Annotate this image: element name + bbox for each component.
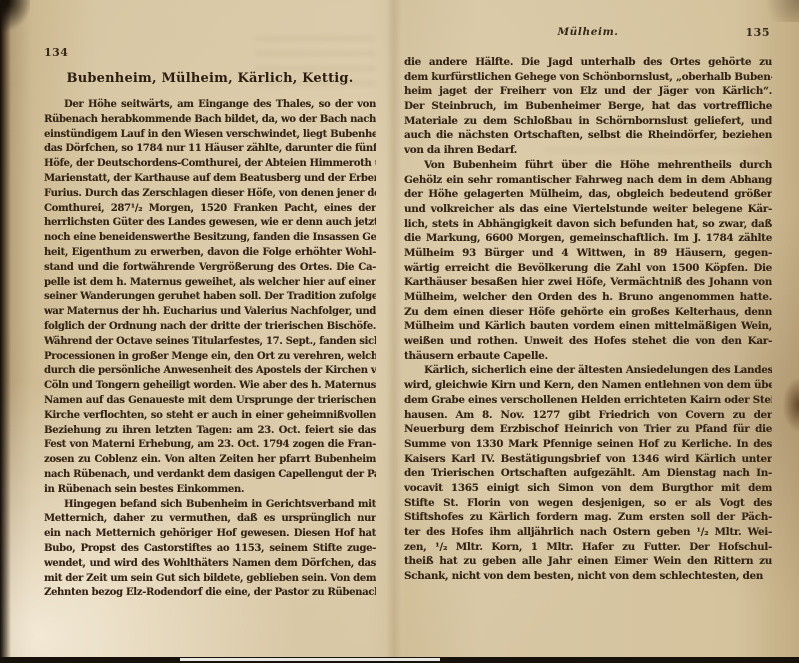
- text-line: Mülheim und Kärlich bauten vordem einen …: [404, 319, 772, 334]
- text-line: zen, ¹/₂ Mltr. Korn, 1 Mltr. Hafer zu Fu…: [404, 540, 772, 555]
- text-line: Mülheim 93 Bürger und 4 Wittwen, in 89 H…: [404, 246, 772, 261]
- text-line: Metternich, daher zu vermuthen, daß es u…: [44, 512, 376, 527]
- text-line: Cöln und Tongern geheiligt worden. Wie a…: [44, 379, 376, 394]
- text-line: Zehnten bezog Elz-Rodendorf die eine, de…: [44, 586, 376, 601]
- paper-stain: [783, 378, 799, 432]
- text-line: Marienstatt, der Karthause auf dem Beatu…: [44, 172, 376, 187]
- text-line: die Markung, 6600 Morgen, gemeinschaftli…: [404, 231, 772, 246]
- text-line: zosen zu Coblenz ein. Von alten Zeiten h…: [44, 453, 376, 468]
- text-line: Der Steinbruch, im Bubenheimer Berge, ha…: [404, 99, 772, 114]
- text-line: Neuerburg dem Erzbischof Heinrich von Tr…: [404, 422, 772, 437]
- page-right: Mülheim. 135 die andere Hälfte. Die Jagd…: [404, 26, 772, 584]
- running-header-row: Mülheim. 135: [404, 26, 772, 42]
- page-number-left: 134: [44, 46, 376, 60]
- text-line: war Maternus der hh. Eucharius und Valer…: [44, 305, 376, 320]
- text-line: Mülheim, welcher den Orden des h. Bruno …: [404, 290, 772, 305]
- text-line: vocavit 1365 einigt sich Simon von dem B…: [404, 481, 772, 496]
- book-scan: 134 Bubenheim, Mülheim, Kärlich, Kettig.…: [0, 0, 799, 663]
- scan-bottom-edge: [0, 657, 799, 663]
- text-line: seiner Wanderungen geruhet haben soll. D…: [44, 290, 376, 305]
- text-line: Summe von 1330 Mark Pfennige seinen Hof …: [404, 437, 772, 452]
- text-line: Processionen in großer Menge ein, den Or…: [44, 350, 376, 365]
- text-line: thäusern erbaute Capelle.: [404, 349, 772, 364]
- text-line: weißen und rothen. Unweit des Hofes steh…: [404, 334, 772, 349]
- text-line: folglich der Ordnung nach der dritte der…: [44, 320, 376, 335]
- text-line: den Trierischen Ortschaften aufgezählt. …: [404, 466, 772, 481]
- paragraph: die andere Hälfte. Die Jagd unterhalb de…: [404, 55, 772, 158]
- text-line: Gehölz ein sehr romantischer Fahrweg nac…: [404, 173, 772, 188]
- text-line: einstündigem Lauf in den Wiesen verschwi…: [44, 128, 376, 143]
- text-line: ein nach Metternich gehöriger Hof gewese…: [44, 527, 376, 542]
- paragraph: Von Bubenheim führt über die Höhe mehren…: [404, 158, 772, 364]
- text-line: Namen auf das Genaueste mit dem Ursprung…: [44, 394, 376, 409]
- text-line: von da ihren Bedarf.: [404, 143, 772, 158]
- text-line: wärtig erreicht die Bevölkerung die Zahl…: [404, 261, 772, 276]
- text-line: Bubo, Propst des Castorstiftes ao 1153, …: [44, 542, 376, 557]
- page-left: 134 Bubenheim, Mülheim, Kärlich, Kettig.…: [44, 46, 376, 601]
- text-line: Höfe, der Deutschordens-Comthurei, der A…: [44, 157, 376, 172]
- paragraph: Kärlich, sicherlich eine der ältesten An…: [404, 363, 772, 583]
- text-line: heim jaget der Freiherr von Elz und der …: [404, 84, 772, 99]
- text-line: Zu dem einen dieser Höfe gehörte ein gro…: [404, 305, 772, 320]
- text-line: mit der Zeit um sein Gut sich bildete, g…: [44, 572, 376, 587]
- text-line: Hingegen befand sich Bubenheim in Gerich…: [44, 498, 376, 513]
- text-line: der Höhe gelagerten Mülheim, das, obglei…: [404, 187, 772, 202]
- text-line: pelle ist dem h. Maternus geweihet, als …: [44, 276, 376, 291]
- text-line: Kaisers Karl IV. Bestätigungsbrief von 1…: [404, 452, 772, 467]
- chapter-heading: Bubenheim, Mülheim, Kärlich, Kettig.: [44, 71, 376, 86]
- scan-corner-shadow: [759, 0, 799, 22]
- text-line: und volkreicher als das eine Viertelstun…: [404, 202, 772, 217]
- text-line: Beziehung zu ihren letzten Tagen: am 23.…: [44, 424, 376, 439]
- text-line: Fest von Materni Erhebung, am 23. Oct. 1…: [44, 438, 376, 453]
- text-line: Stiftshofes zu Kärlich fordern mag. Zum …: [404, 510, 772, 525]
- text-line: nach Rübenach, und verdankt dem dasigen …: [44, 468, 376, 483]
- text-line: lich, stets in Abhängigkeit davon sich b…: [404, 217, 772, 232]
- text-line: dem Grabe eines verschollenen Helden err…: [404, 393, 772, 408]
- text-line: das Dörfchen, so 1784 nur 11 Häuser zähl…: [44, 142, 376, 157]
- text-line: dem kurfürstlichen Gehege von Schönborns…: [404, 70, 772, 85]
- page-left-body: Der Höhe seitwärts, am Eingange des Thal…: [44, 98, 376, 601]
- scan-corner-shadow: [0, 0, 30, 34]
- text-line: Rübenach herabkommende Bach bildet, da, …: [44, 113, 376, 128]
- text-line: die andere Hälfte. Die Jagd unterhalb de…: [404, 55, 772, 70]
- text-line: ter des Hofes ihm alljährlich nach Oster…: [404, 525, 772, 540]
- text-line: in Rübenach sein bestes Einkommen.: [44, 483, 376, 498]
- page-right-body: die andere Hälfte. Die Jagd unterhalb de…: [404, 55, 772, 584]
- text-line: Kärlich, sicherlich eine der ältesten An…: [404, 363, 772, 378]
- paragraph: Der Höhe seitwärts, am Eingange des Thal…: [44, 98, 376, 498]
- text-line: wird, gleichwie Kirn und Kern, den Namen…: [404, 378, 772, 393]
- text-line: auch die nächsten Ortschaften, selbst di…: [404, 128, 772, 143]
- running-header: Mülheim.: [404, 26, 772, 38]
- text-line: theiß hat zu geben alle Jahr einen Eimer…: [404, 554, 772, 569]
- text-line: Karthäuser besaßen hier zwei Höfe, Vermä…: [404, 275, 772, 290]
- text-line: Von Bubenheim führt über die Höhe mehren…: [404, 158, 772, 173]
- text-line: noch eine beneidenswerthe Besitzung, fan…: [44, 231, 376, 246]
- text-line: durch die persönliche Anwesenheit des Ap…: [44, 364, 376, 379]
- text-line: wendet, und wird des Wohlthäters Namen d…: [44, 557, 376, 572]
- text-line: Während der Octave seines Titularfestes,…: [44, 335, 376, 350]
- text-line: Furius. Durch das Zerschlagen dieser Höf…: [44, 187, 376, 202]
- text-line: Schank, nicht von dem besten, nicht von …: [404, 569, 772, 584]
- text-line: Materiale zu dem Schloßbau in Schörnborn…: [404, 114, 772, 129]
- text-line: heit, Eigenthum zu erwerben, davon die F…: [44, 246, 376, 261]
- page-number-right: 135: [746, 26, 770, 39]
- paragraph: Hingegen befand sich Bubenheim in Gerich…: [44, 498, 376, 602]
- text-line: hausen. Am 8. Nov. 1277 gibt Friedrich v…: [404, 408, 772, 423]
- book-edge-shadow: [0, 0, 11, 663]
- text-line: Der Höhe seitwärts, am Eingange des Thal…: [44, 98, 376, 113]
- text-line: Kirche verflochten, so steht er auch in …: [44, 409, 376, 424]
- text-line: Comthurei, 287¹/₂ Morgen, 1520 Franken P…: [44, 202, 376, 217]
- page-gutter-shadow: [386, 0, 402, 663]
- text-line: herrlichsten Güter des Landes gewesen, w…: [44, 216, 376, 231]
- text-line: Stifte St. Florin von wegen desjenigen, …: [404, 496, 772, 511]
- text-line: stand und die fortwährende Vergrößerung …: [44, 261, 376, 276]
- scan-bottom-highlight: [180, 658, 440, 661]
